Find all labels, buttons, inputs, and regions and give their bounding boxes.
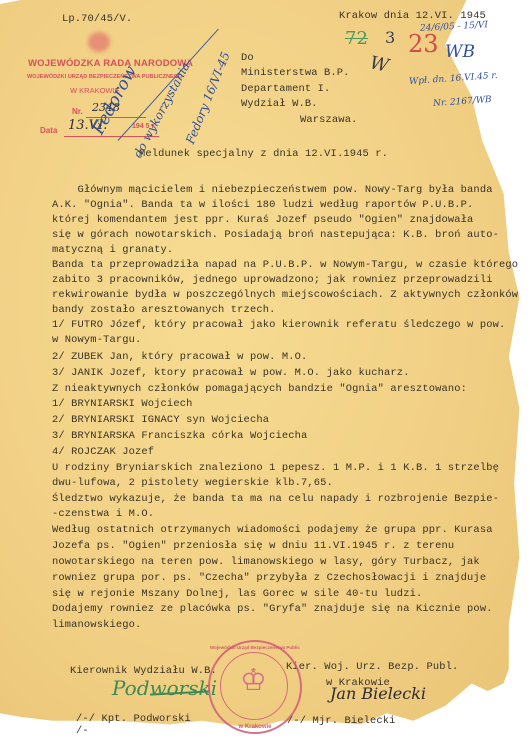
red-number: 23 xyxy=(408,30,439,58)
body-line: Dodajemy rowniez ze placówka ps. "Gryfa"… xyxy=(52,603,493,615)
body-line: Głównym mącicielem i niebezpieczeństwem … xyxy=(52,184,493,196)
right-signatory-name: /-/ Mjr. Bielecki xyxy=(287,715,396,727)
body-line: Według ostatnich otrzymanych wiadomości … xyxy=(52,524,493,536)
initials-mark: W xyxy=(368,52,390,76)
body-line: 3/ BRYNIARSKA Franciszka córka Wojciecha xyxy=(52,430,307,442)
addressee-city: Warszawa. xyxy=(300,114,357,126)
body-line: 3/ JANIK Jozef, ktory pracował w pow. M.… xyxy=(52,367,410,379)
seal-text-bottom: w Krakowie xyxy=(210,724,300,730)
body-line: matyczną i granaty. xyxy=(52,244,173,256)
body-line: zabito 3 pracowników, jednego uprowadzon… xyxy=(52,274,493,286)
body-line: w Nowym-Targu. xyxy=(52,334,141,346)
document-title: Meldunek specjalny z dnia 12.VI.1945 r. xyxy=(139,148,388,160)
body-line: U rodziny Bryniarskich znaleziono 1 pepe… xyxy=(52,462,499,474)
body-line: dwu-lufowa, 2 pistolety wegierskie klb.7… xyxy=(52,477,333,489)
green-number: 72 xyxy=(345,28,368,49)
body-line: nowotarskiego na teren pow. limanowskieg… xyxy=(52,556,480,568)
body-line: A.K. "Ognia". Banda ta w ilości 180 ludz… xyxy=(52,199,473,211)
body-line: 4/ ROJCZAK Jozef xyxy=(52,446,154,458)
body-line: się w górach nowotarskich. Posiadają bro… xyxy=(52,229,499,241)
body-line: Jozefa ps. "Ogien" przeniosła się w dniu… xyxy=(52,540,454,552)
red-ink-blot xyxy=(88,32,110,52)
body-line: której komendantem jest ppr. Kuraś Jozef… xyxy=(52,214,473,226)
body-line: 1/ FUTRO Józef, który pracował jako kier… xyxy=(52,319,505,331)
body-line: 2/ BRYNIARSKI IGNACY syn Wojciecha xyxy=(52,414,269,426)
body-line: bandy zostało aresztowanych trzech. xyxy=(52,304,276,316)
eagle-emblem-icon: ♔ xyxy=(240,666,267,696)
wb-mark: WB xyxy=(445,42,475,62)
body-line: Banda ta przeprowadziła napad na P.U.B.P… xyxy=(52,259,518,271)
addressee-line-3: Wydział W.B. xyxy=(241,98,318,110)
date-range-note: 24/6/05 - 15/VI xyxy=(420,20,488,34)
body-line: 1/ BRYNIARSKI Wojciech xyxy=(52,398,192,410)
body-line: limanowskiego. xyxy=(52,619,141,631)
body-line: rekwirowanie bydła w poszczególnych miej… xyxy=(52,289,518,301)
addressee-to: Do xyxy=(241,52,254,64)
blue-number: 3 xyxy=(385,28,395,47)
body-line: Z nieaktywnych członków pomagających ban… xyxy=(52,383,467,395)
stamp-nr-label: Nr. xyxy=(72,107,83,116)
addressee-line-1: Ministerstwa B.P. xyxy=(241,67,350,79)
left-signature: Podworski xyxy=(112,676,217,700)
left-signatory-extra: /- xyxy=(76,725,89,737)
body-line: Śledztwo wykazuje, że banda ta ma na cel… xyxy=(52,493,499,505)
seal-text-top: Wojewódzki Urząd Bezpieczeństwa Publiczn… xyxy=(210,645,300,650)
right-signatory-title-1: Kier. Woj. Urz. Bezp. Publ. xyxy=(286,661,458,673)
official-seal: Wojewódzki Urząd Bezpieczeństwa Publiczn… xyxy=(208,640,302,734)
stamp-line-2: WOJEWÓDZKI URZĄD BEZPIECZEŃSTWA PUBLICZN… xyxy=(27,74,182,80)
stamp-line-1: WOJEWÓDZKA RADA NARODOWA xyxy=(28,58,193,69)
reference-number: Lp.70/45/V. xyxy=(62,13,132,25)
body-line: 2/ ZUBEK Jan, który pracował w pow. M.O. xyxy=(52,351,307,363)
body-line: się w rejonie Mszany Dolnej, las Gorec w… xyxy=(52,588,422,600)
stamp-date-label: Data xyxy=(40,126,57,135)
body-line: rowniez grupa por. ps. "Czecha" przybyła… xyxy=(52,572,486,584)
place-date: Krakow dnia 12.VI. 1945 xyxy=(339,10,486,22)
body-line: -czenstwa i M.O. xyxy=(52,508,154,520)
left-signatory-name: /-/ Kpt. Podworski xyxy=(76,713,191,725)
addressee-line-2: Departament I. xyxy=(241,83,330,95)
right-signature: Jan Bielecki xyxy=(330,684,426,703)
